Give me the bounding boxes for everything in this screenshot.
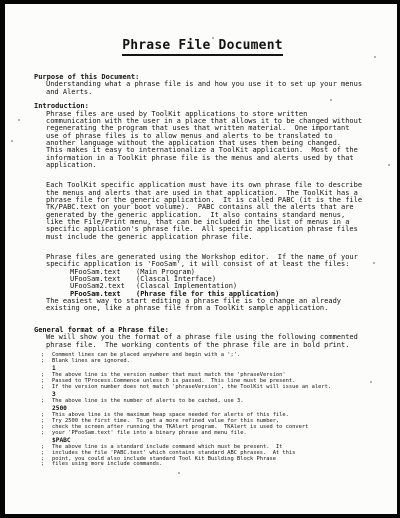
listing-text: files using more include commands. [52,462,162,468]
listing-text: If the version number does not match 'ph… [52,385,331,391]
scanned-page: Phrase File Document Purpose of this Doc… [0,0,400,518]
comment-marker: ; [41,359,52,365]
document-title: Phrase File Document [34,38,371,53]
listing-text: Blank lines are ignored. [52,359,130,365]
comment-marker: ; [41,462,52,468]
scan-speck [388,164,390,166]
scan-speck [374,56,376,58]
scan-speck [178,472,180,474]
introduction-paragraph-2: Each ToolKit specific application must h… [46,182,371,241]
listing-comment-line: ; files using more include commands. [41,462,371,468]
listing-comment-line: ; The above line is the number of alerts… [41,399,371,405]
listing-comment-line: ; Blank lines are ignored. [41,359,371,365]
purpose-body: Understanding what a phrase file is and … [46,81,371,96]
document-content: Phrase File Document Purpose of this Doc… [5,4,397,468]
document-title-text: Phrase File Document [122,38,283,56]
phrase-file-listing: ; Comment lines can be placed anywhere a… [41,353,371,469]
comment-marker: ; [41,431,52,437]
scan-speck [373,262,375,264]
scan-speck [330,99,332,101]
scan-speck [212,37,214,39]
scan-speck [370,381,372,383]
scan-speck [331,342,333,344]
scan-speck [18,119,20,121]
phrase-file-list: MFooSam.text (Main Program) UFooSam.text… [70,269,371,298]
listing-text: The above line is the number of alerts t… [52,399,243,405]
introduction-paragraph-1: Phrase files are used by ToolKit applica… [46,111,371,170]
comment-marker: ; [41,385,52,391]
format-body: We will show you the format of a phrase … [46,334,371,349]
listing-comment-line: ; If the version number does not match '… [41,385,371,391]
listing-comment-line: ; your 'PFooSam.text' file into a binary… [41,431,371,437]
comment-marker: ; [41,399,52,405]
introduction-paragraph-4: The easiest way to start editing a phras… [46,298,371,313]
listing-text: your 'PFooSam.text' file into a binary p… [52,431,247,437]
introduction-paragraph-3: Phrase files are generated using the Wor… [46,254,371,269]
scan-speck [11,140,13,142]
paper-sheet: Phrase File Document Purpose of this Doc… [5,4,397,514]
